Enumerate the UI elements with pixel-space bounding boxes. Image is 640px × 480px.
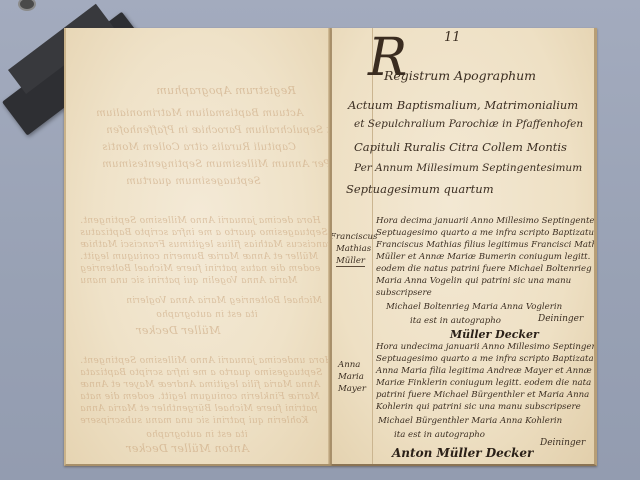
- title-line-3: et Sepulchralium Parochiæ in Pfaffenhofe…: [354, 118, 583, 130]
- entry-1-godparent-signatures: Michael Boltenrieg Maria Anna Voglerin: [386, 302, 562, 312]
- entry-2-godparent-signatures: Michael Bürgenthler Maria Anna Kohlerin: [378, 416, 562, 426]
- entry-1-attestation: Deininger: [538, 314, 583, 324]
- entry-1-margin-name-2: Mathias: [336, 244, 371, 254]
- entry-1-line-3: Franciscus Mathias filius legitimus Fran…: [376, 240, 597, 250]
- entry-1-line-6: Maria Anna Vogelin qui patrini sic una m…: [376, 276, 571, 286]
- entry-2-line-4: Mariæ Finklerin coniugum legitt. eodem d…: [376, 378, 591, 388]
- entry-2-margin-name-3: Mayer: [338, 384, 366, 394]
- entry-1-line-7: subscripsere: [376, 288, 432, 298]
- entry-2-autograph-note: ita est in autographo: [394, 430, 485, 440]
- entry-1-autograph-note: ita est in autographo: [410, 316, 501, 326]
- clip-ring-icon: [18, 0, 36, 11]
- folio-number: 11: [444, 30, 461, 45]
- entry-1-line-2: Septuagesimo quarto a me infra scripto B…: [376, 228, 597, 238]
- title-line-2: Actuum Baptismalium, Matrimonialium: [348, 98, 578, 112]
- entry-1-line-4: Müller et Annæ Mariæ Bumerin coniugum le…: [376, 252, 590, 262]
- entry-2-line-2: Septuagesimo quarto a me infra scripto B…: [376, 354, 597, 364]
- title-line-5: Per Annum Millesimum Septingentesimum: [354, 162, 582, 174]
- margin-rule: [372, 28, 373, 464]
- entry-2-attestation: Deininger: [540, 438, 585, 448]
- entry-2-margin-name-2: Maria: [338, 372, 364, 382]
- entry-1-margin-name-1: Franciscus: [332, 232, 377, 242]
- entry-1-line-5: eodem die natus patrini fuere Michael Bo…: [376, 264, 597, 274]
- title-line-1: Registrum Apographum: [384, 68, 536, 83]
- open-register-book: Registrum Apographum Actuum Baptismalium…: [64, 28, 598, 464]
- entry-2-margin-name-1: Anna: [338, 360, 360, 370]
- title-line-6: Septuagesimum quartum: [346, 182, 494, 196]
- entry-1-line-1: Hora decima januarii Anno Millesimo Sept…: [376, 216, 597, 226]
- entry-2-line-3: Anna Maria filia legitima Andreæ Mayer e…: [376, 366, 592, 376]
- entry-1-priest-signature: Müller Decker: [450, 328, 539, 341]
- entry-1-margin-name-3: Müller: [336, 256, 365, 267]
- entry-2-line-5: patrini fuere Michael Bürgenthler et Mar…: [376, 390, 589, 400]
- entry-2-line-1: Hora undecima januarii Anno Millesimo Se…: [376, 342, 597, 352]
- right-page: R 11 Registrum Apographum Actuum Baptism…: [332, 28, 597, 466]
- title-line-4: Capituli Ruralis Citra Collem Montis: [354, 140, 567, 154]
- left-page: Registrum Apographum Actuum Baptismalium…: [64, 28, 332, 466]
- entry-2-line-6: Kohlerin qui patrini sic una manu subscr…: [376, 402, 581, 412]
- entry-2-priest-signature: Anton Müller Decker: [392, 446, 533, 460]
